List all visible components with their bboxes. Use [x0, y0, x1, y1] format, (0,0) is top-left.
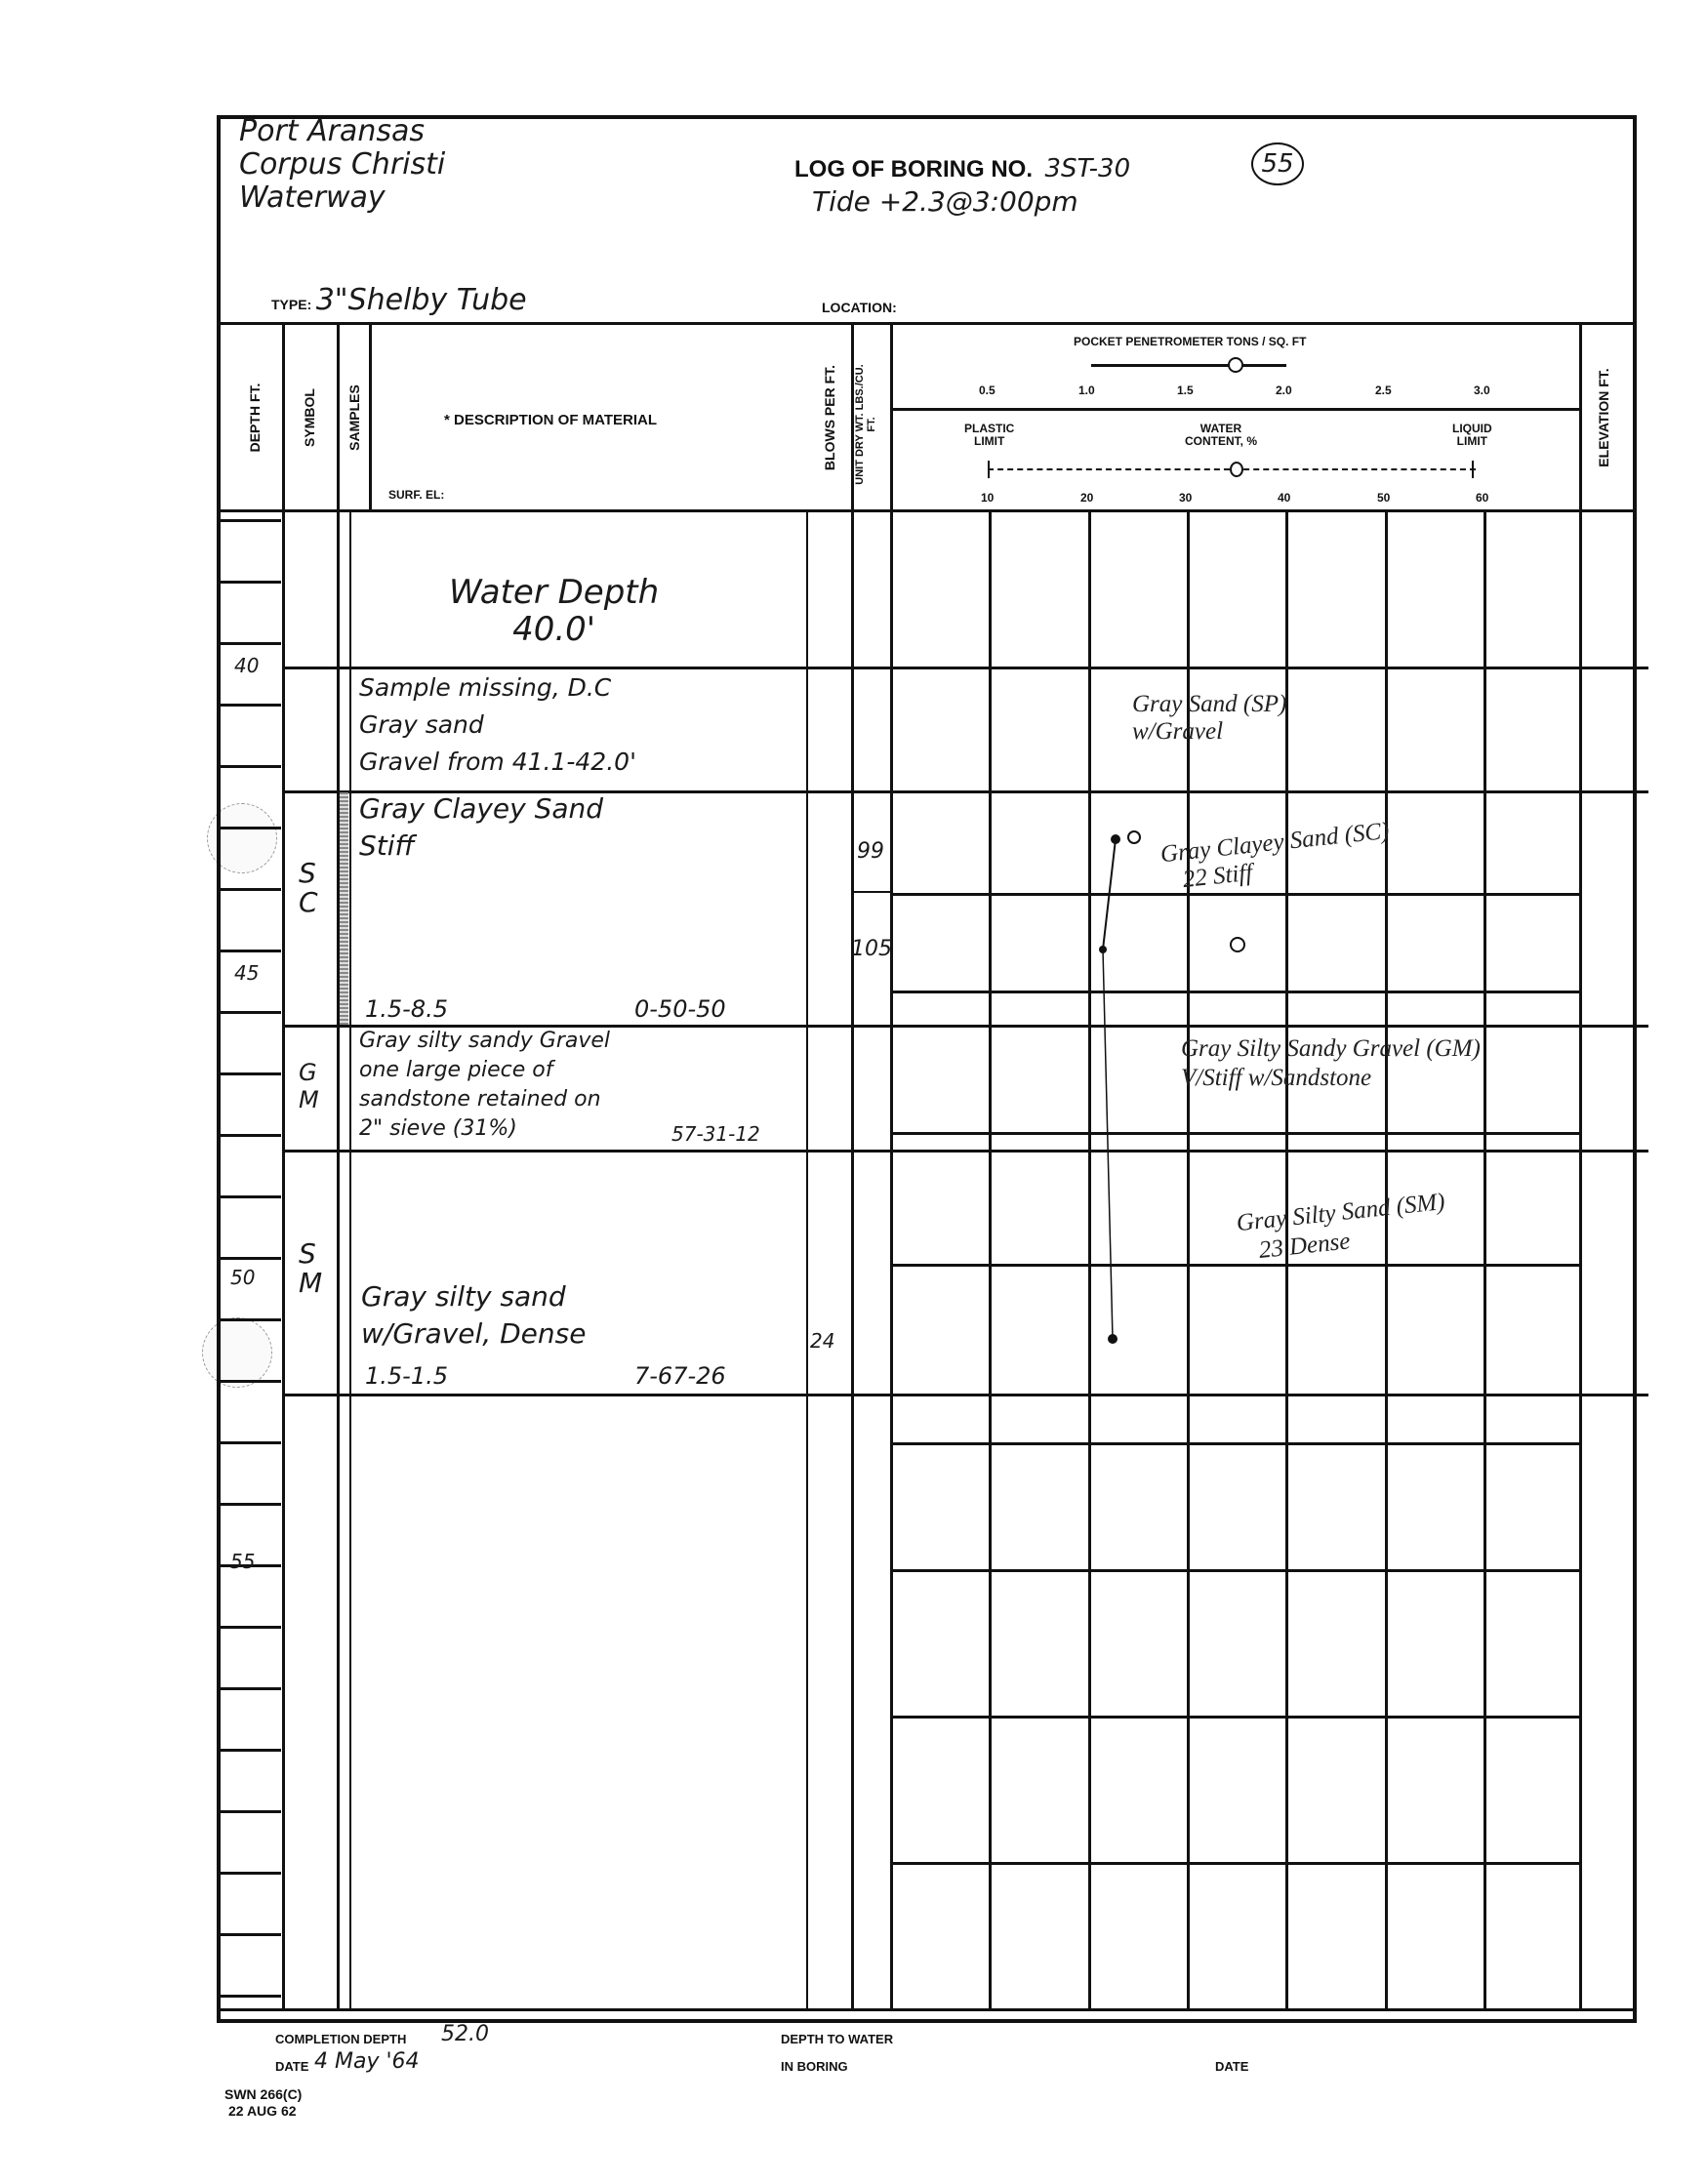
depth-tick — [221, 704, 281, 707]
annotation-line: V/Stiff w/Sandstone — [1181, 1064, 1481, 1093]
depth-tick — [221, 1441, 281, 1444]
stratum-3-description: Gray silty sandy Gravel one large piece … — [359, 1027, 610, 1144]
stratum-3-annotation: Gray Silty Sandy Gravel (GM) V/Stiff w/S… — [1181, 1034, 1481, 1093]
col-divider — [282, 322, 285, 2008]
description-line: Gray sand — [359, 707, 636, 744]
penetrometer-tick-label: 2.5 — [1375, 384, 1392, 397]
blows-24: 24 — [810, 1329, 834, 1353]
annotation-line: w/Gravel — [1132, 718, 1286, 746]
grid-line — [890, 991, 1579, 993]
type-value: 3"Shelby Tube — [316, 283, 527, 317]
depth-tick — [221, 888, 281, 891]
grid-line — [1483, 509, 1486, 2008]
completion-depth-label: COMPLETION DEPTH — [275, 2032, 406, 2046]
depth-label-55: 55 — [230, 1550, 255, 1573]
water-content-symbol — [1230, 462, 1243, 477]
grid-line — [890, 1569, 1579, 1572]
grid-line — [890, 893, 1579, 896]
stratum-2-description: Gray Clayey Sand Stiff — [359, 790, 603, 865]
title-block: LOG OF BORING NO. 3ST-30 — [794, 154, 1130, 183]
depth-tick — [221, 1380, 281, 1383]
water-content-tick-label: 60 — [1476, 491, 1488, 505]
annotation-line: Gray Silty Sandy Gravel (GM) — [1181, 1034, 1481, 1064]
description-header: * DESCRIPTION OF MATERIAL — [444, 412, 657, 428]
description-line: w/Gravel, Dense — [361, 1315, 586, 1353]
header-bottom-divider — [217, 509, 1637, 512]
stratum-1-annotation: Gray Sand (SP) w/Gravel — [1132, 691, 1286, 746]
symbol-header: SYMBOL — [302, 369, 317, 466]
depth-to-water-label: DEPTH TO WATER — [781, 2032, 893, 2046]
grid-line — [890, 1132, 1579, 1135]
in-boring-label: IN BORING — [781, 2059, 848, 2074]
water-content-tick-label: 10 — [981, 491, 994, 505]
water-content-tick-label: 30 — [1179, 491, 1192, 505]
sample-interval — [340, 792, 348, 1025]
grid-line — [1385, 509, 1388, 2008]
col-divider — [349, 509, 351, 2008]
depth-label-50: 50 — [230, 1266, 255, 1289]
project-line: Corpus Christi — [239, 148, 445, 182]
type-row: TYPE: 3"Shelby Tube — [271, 283, 527, 317]
penetrometer-tick-label: 1.5 — [1177, 384, 1194, 397]
unit-dry-wt-header: UNIT DRY WT. LBS./CU. FT. — [854, 356, 883, 493]
project-name: Port Aransas Corpus Christi Waterway — [239, 115, 445, 215]
header-divider — [217, 322, 1637, 325]
description-line: Gray Clayey Sand — [359, 790, 603, 828]
unit-dry-wt-105: 105 — [851, 937, 892, 961]
stratum-4-footer-left: 1.5-1.5 — [365, 1362, 448, 1390]
elevation-header: ELEVATION FT. — [1596, 364, 1611, 471]
depth-tick — [221, 1749, 281, 1752]
depth-label-40: 40 — [234, 654, 259, 677]
depth-tick — [221, 827, 281, 829]
depth-tick — [221, 1318, 281, 1321]
stratum-4-description: Gray silty sand w/Gravel, Dense — [361, 1278, 586, 1353]
date-value: 4 May '64 — [314, 2049, 420, 2074]
description-line: 2" sieve (31%) — [359, 1114, 610, 1144]
water-content-label: WATER CONTENT, % — [1185, 423, 1257, 448]
depth-tick — [221, 1626, 281, 1629]
samples-header: SAMPLES — [346, 369, 362, 466]
col-divider — [890, 322, 893, 2008]
location-label: LOCATION: — [822, 300, 897, 315]
col-divider — [851, 322, 854, 2008]
plastic-limit-cross — [988, 461, 990, 478]
depth-tick — [221, 1872, 281, 1875]
stratum-4-footer-right: 7-67-26 — [634, 1362, 726, 1390]
description-line: Gravel from 41.1-42.0' — [359, 744, 636, 781]
water-content-line: CONTENT, % — [1185, 435, 1257, 448]
sample-divider — [851, 891, 892, 893]
depth-header: DEPTH FT. — [247, 364, 263, 471]
penetrometer-tick-label: 0.5 — [979, 384, 996, 397]
stratum-3-footer-right: 57-31-12 — [671, 1122, 760, 1146]
stratum-2-footer-right: 0-50-50 — [634, 995, 726, 1023]
depth-tick — [221, 765, 281, 768]
depth-tick — [221, 642, 281, 645]
grid-line — [890, 1716, 1579, 1719]
liquid-limit-line: LIMIT — [1452, 435, 1492, 448]
footer-divider — [217, 2008, 1637, 2011]
depth-tick — [221, 519, 281, 522]
grid-line — [989, 509, 992, 2008]
depth-tick — [221, 1995, 281, 1998]
description-line: Sample missing, D.C — [359, 669, 636, 707]
penetrometer-divider — [893, 408, 1579, 411]
description-line: Gray silty sand — [361, 1278, 586, 1315]
penetrometer-tick-label: 2.0 — [1276, 384, 1292, 397]
form-date: 22 AUG 62 — [228, 2103, 297, 2119]
tide-note: Tide +2.3@3:00pm — [812, 185, 1078, 218]
penetrometer-symbol — [1228, 357, 1243, 373]
depth-tick — [221, 1503, 281, 1506]
depth-tick — [221, 581, 281, 584]
col-divider — [806, 509, 808, 2008]
date2-label: DATE — [1215, 2059, 1248, 2074]
water-content-tick-label: 50 — [1377, 491, 1390, 505]
depth-tick — [221, 1687, 281, 1690]
boring-number: 3ST-30 — [1044, 154, 1130, 183]
type-label: TYPE: — [271, 297, 311, 312]
water-content-tick-label: 40 — [1278, 491, 1290, 505]
blows-header: BLOWS PER FT. — [822, 354, 837, 481]
water-depth-line: Water Depth — [449, 574, 659, 611]
surf-el-label: SURF. EL: — [388, 488, 444, 502]
stratum-4-symbol: S M — [299, 1239, 318, 1298]
description-line: one large piece of — [359, 1056, 610, 1085]
stratum-boundary — [282, 1150, 1648, 1153]
depth-tick — [221, 1011, 281, 1014]
penetrometer-tick-label: 1.0 — [1078, 384, 1095, 397]
completion-depth-value: 52.0 — [441, 2022, 489, 2046]
stratum-boundary — [282, 1394, 1648, 1396]
grid-line — [890, 1862, 1579, 1865]
stratum-3-symbol: G M — [299, 1059, 318, 1113]
depth-tick — [221, 1134, 281, 1137]
form-id: SWN 266(C) — [224, 2086, 302, 2102]
penetrometer-plot — [1074, 820, 1152, 1356]
date-label: DATE — [275, 2059, 308, 2074]
depth-tick — [221, 1810, 281, 1813]
col-divider — [369, 322, 372, 512]
penetrometer-tick-label: 3.0 — [1474, 384, 1490, 397]
depth-label-45: 45 — [234, 961, 259, 985]
depth-tick — [221, 1072, 281, 1075]
stratum-2-footer-left: 1.5-8.5 — [365, 995, 448, 1023]
project-line: Port Aransas — [239, 115, 445, 148]
depth-tick — [221, 1933, 281, 1936]
title-label: LOG OF BORING NO. — [794, 156, 1033, 182]
plastic-limit-line: LIMIT — [964, 435, 1014, 448]
depth-tick — [221, 950, 281, 952]
unit-dry-wt-99: 99 — [857, 839, 884, 864]
water-depth-line: 40.0' — [449, 611, 659, 648]
penetrometer-title: POCKET PENETROMETER TONS / SQ. FT — [1074, 335, 1306, 348]
col-divider — [1579, 322, 1582, 2008]
project-line: Waterway — [239, 182, 445, 215]
water-depth-note: Water Depth 40.0' — [449, 574, 659, 648]
depth-tick — [221, 1257, 281, 1260]
annotation-line: Gray Sand (SP) — [1132, 691, 1286, 718]
grid-line — [890, 1442, 1579, 1445]
liquid-limit-label: LIQUID LIMIT — [1452, 423, 1492, 448]
plastic-limit-label: PLASTIC LIMIT — [964, 423, 1014, 448]
liquid-limit-cross — [1472, 461, 1474, 478]
circled-number-text: 55 — [1253, 144, 1302, 183]
description-line: Stiff — [359, 828, 603, 865]
stratum-1-description: Sample missing, D.C Gray sand Gravel fro… — [359, 669, 636, 781]
col-divider — [337, 322, 340, 2008]
stratum-2-symbol: S C — [299, 859, 318, 917]
circled-number: 55 — [1251, 142, 1304, 185]
penetrometer-scale-line — [1091, 364, 1286, 367]
grid-line — [890, 1264, 1579, 1267]
description-line: sandstone retained on — [359, 1085, 610, 1114]
depth-tick — [221, 1195, 281, 1198]
water-content-point — [1230, 937, 1245, 952]
description-line: Gray silty sandy Gravel — [359, 1027, 610, 1056]
water-content-tick-label: 20 — [1080, 491, 1093, 505]
